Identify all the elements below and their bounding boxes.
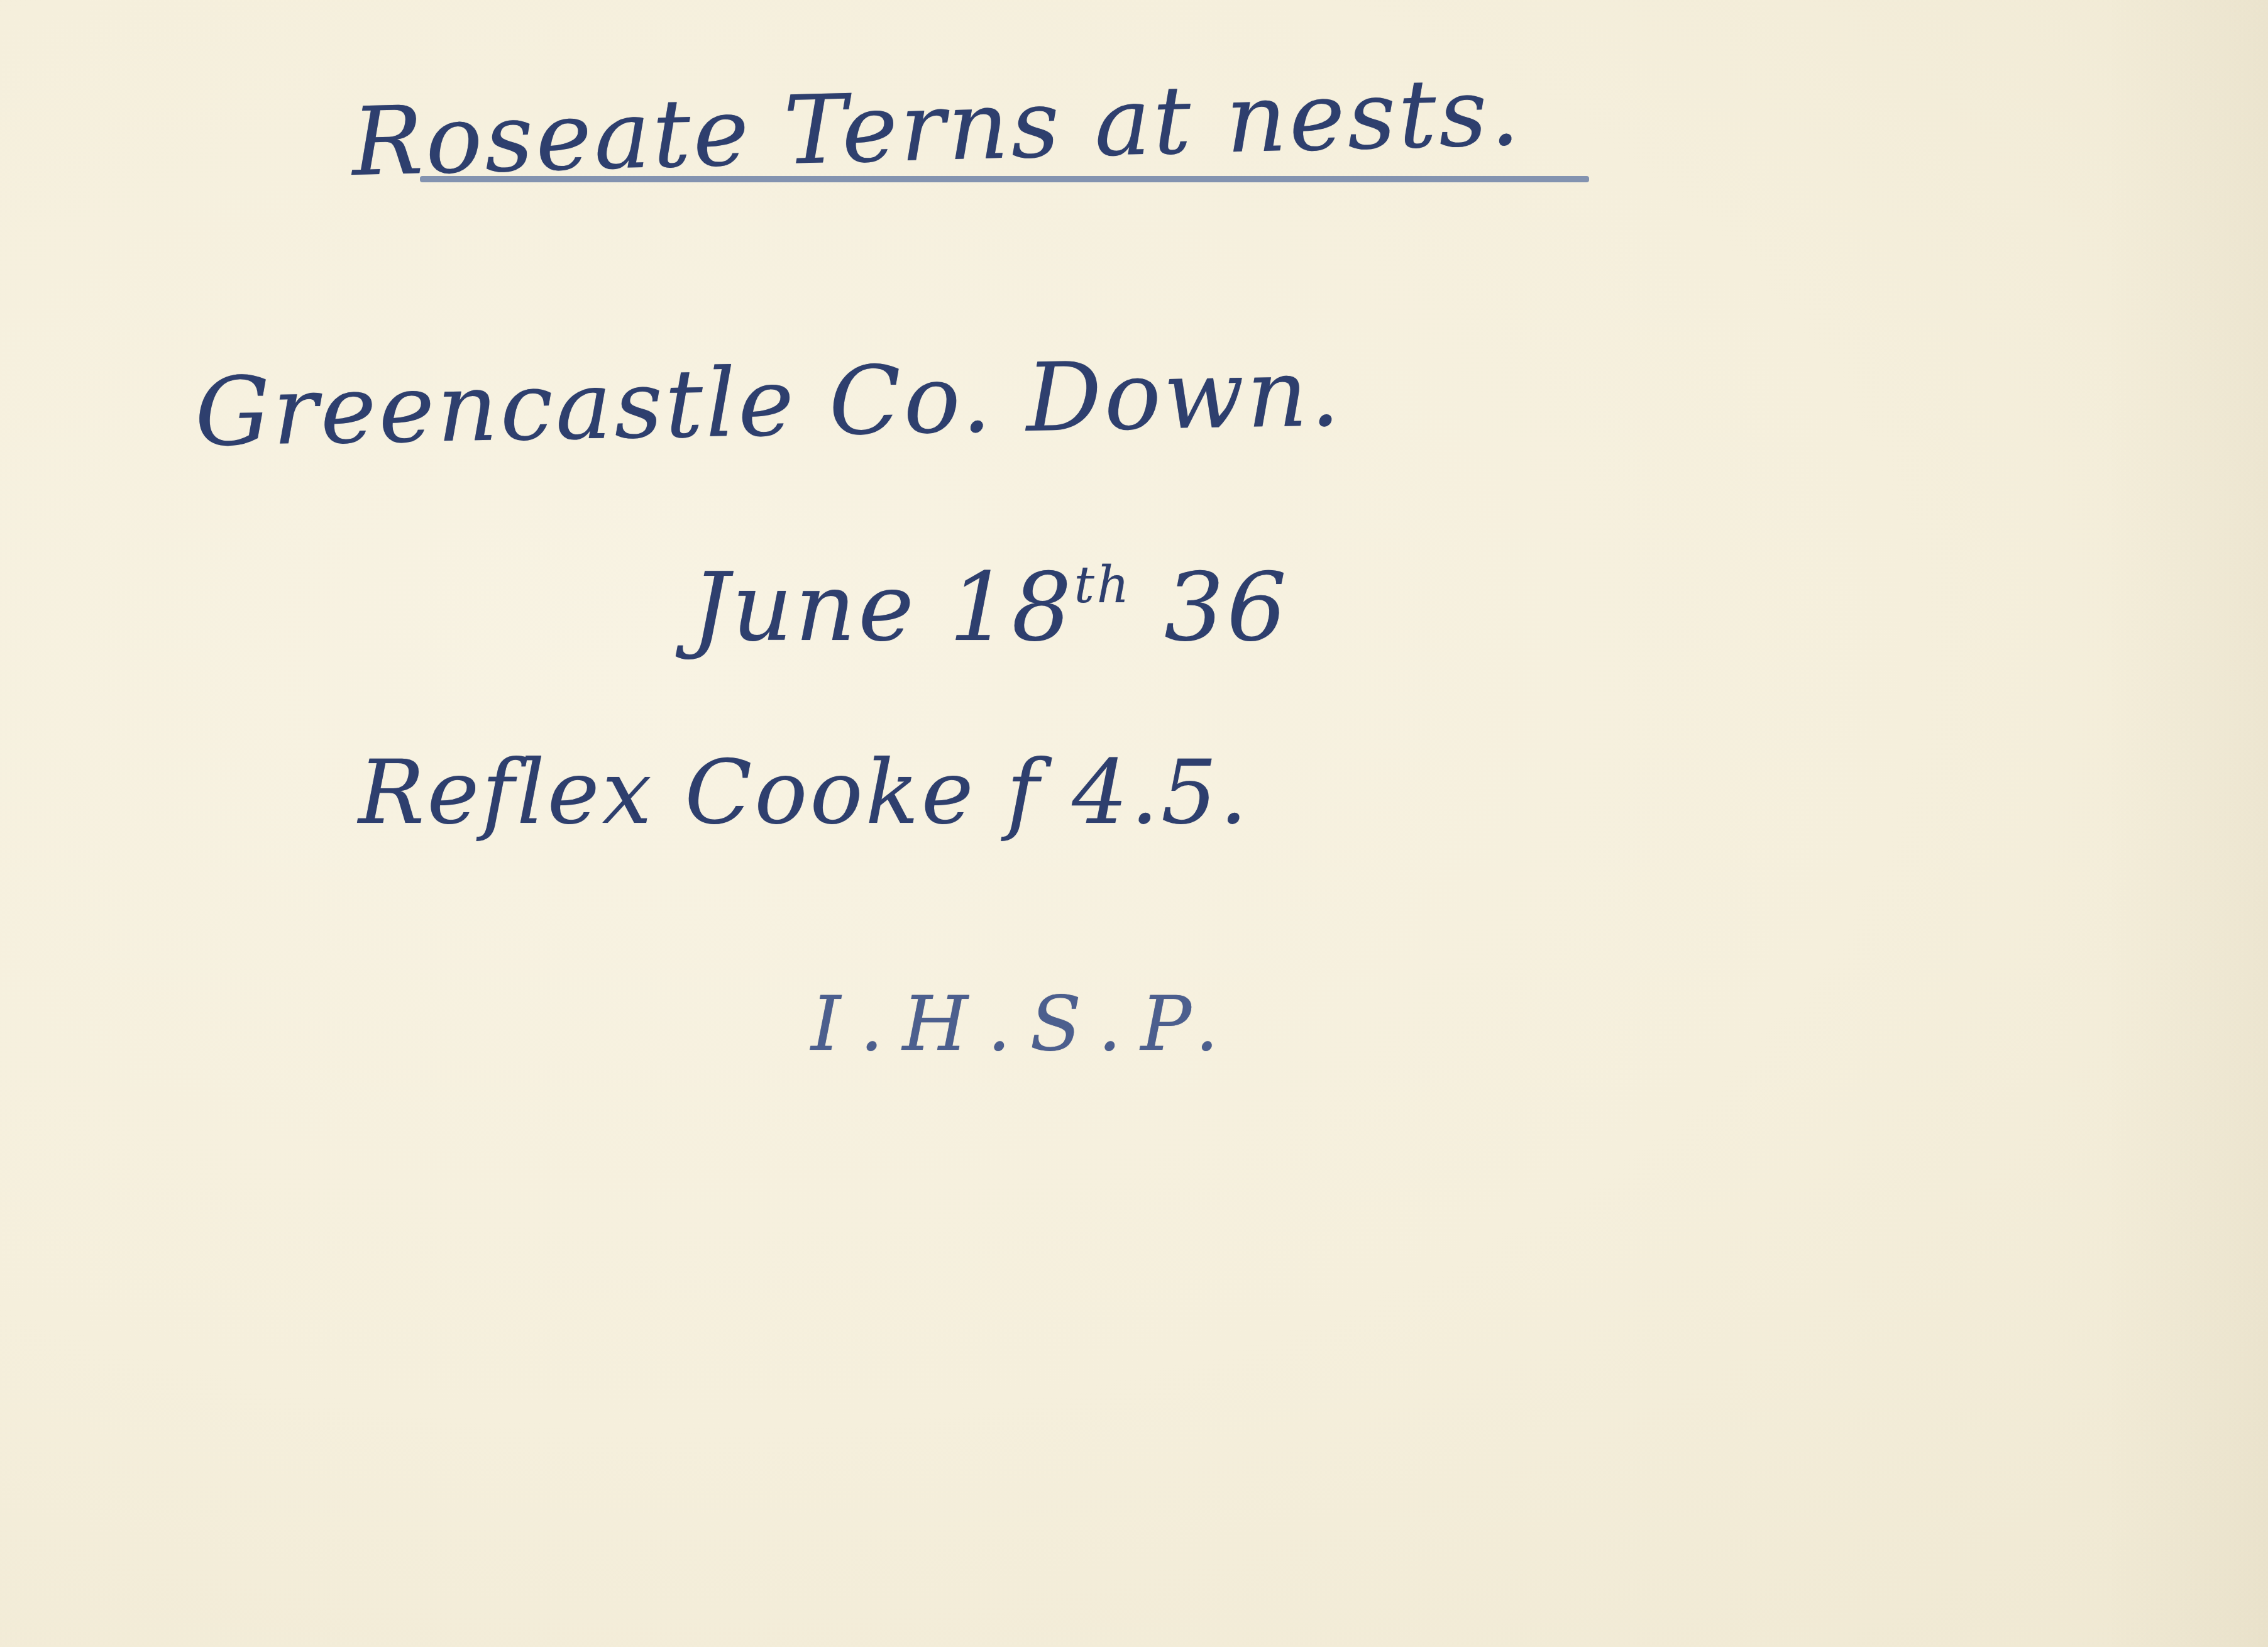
date-ordinal: th — [1074, 556, 1132, 614]
author-initials: I.H.S.P. — [811, 981, 1238, 1068]
camera-text: Reflex Cooke f 4.5. — [358, 742, 1250, 844]
title-underline — [420, 176, 1589, 182]
location-text: Greencastle Co. Down. — [194, 338, 1343, 468]
date-year: 36 — [1164, 553, 1289, 663]
date-month-day: June 18 — [691, 553, 1074, 663]
paper-card: Roseate Terns at nests. Greencastle Co. … — [0, 0, 2268, 1647]
date-text: June 18th 36 — [691, 553, 1289, 663]
